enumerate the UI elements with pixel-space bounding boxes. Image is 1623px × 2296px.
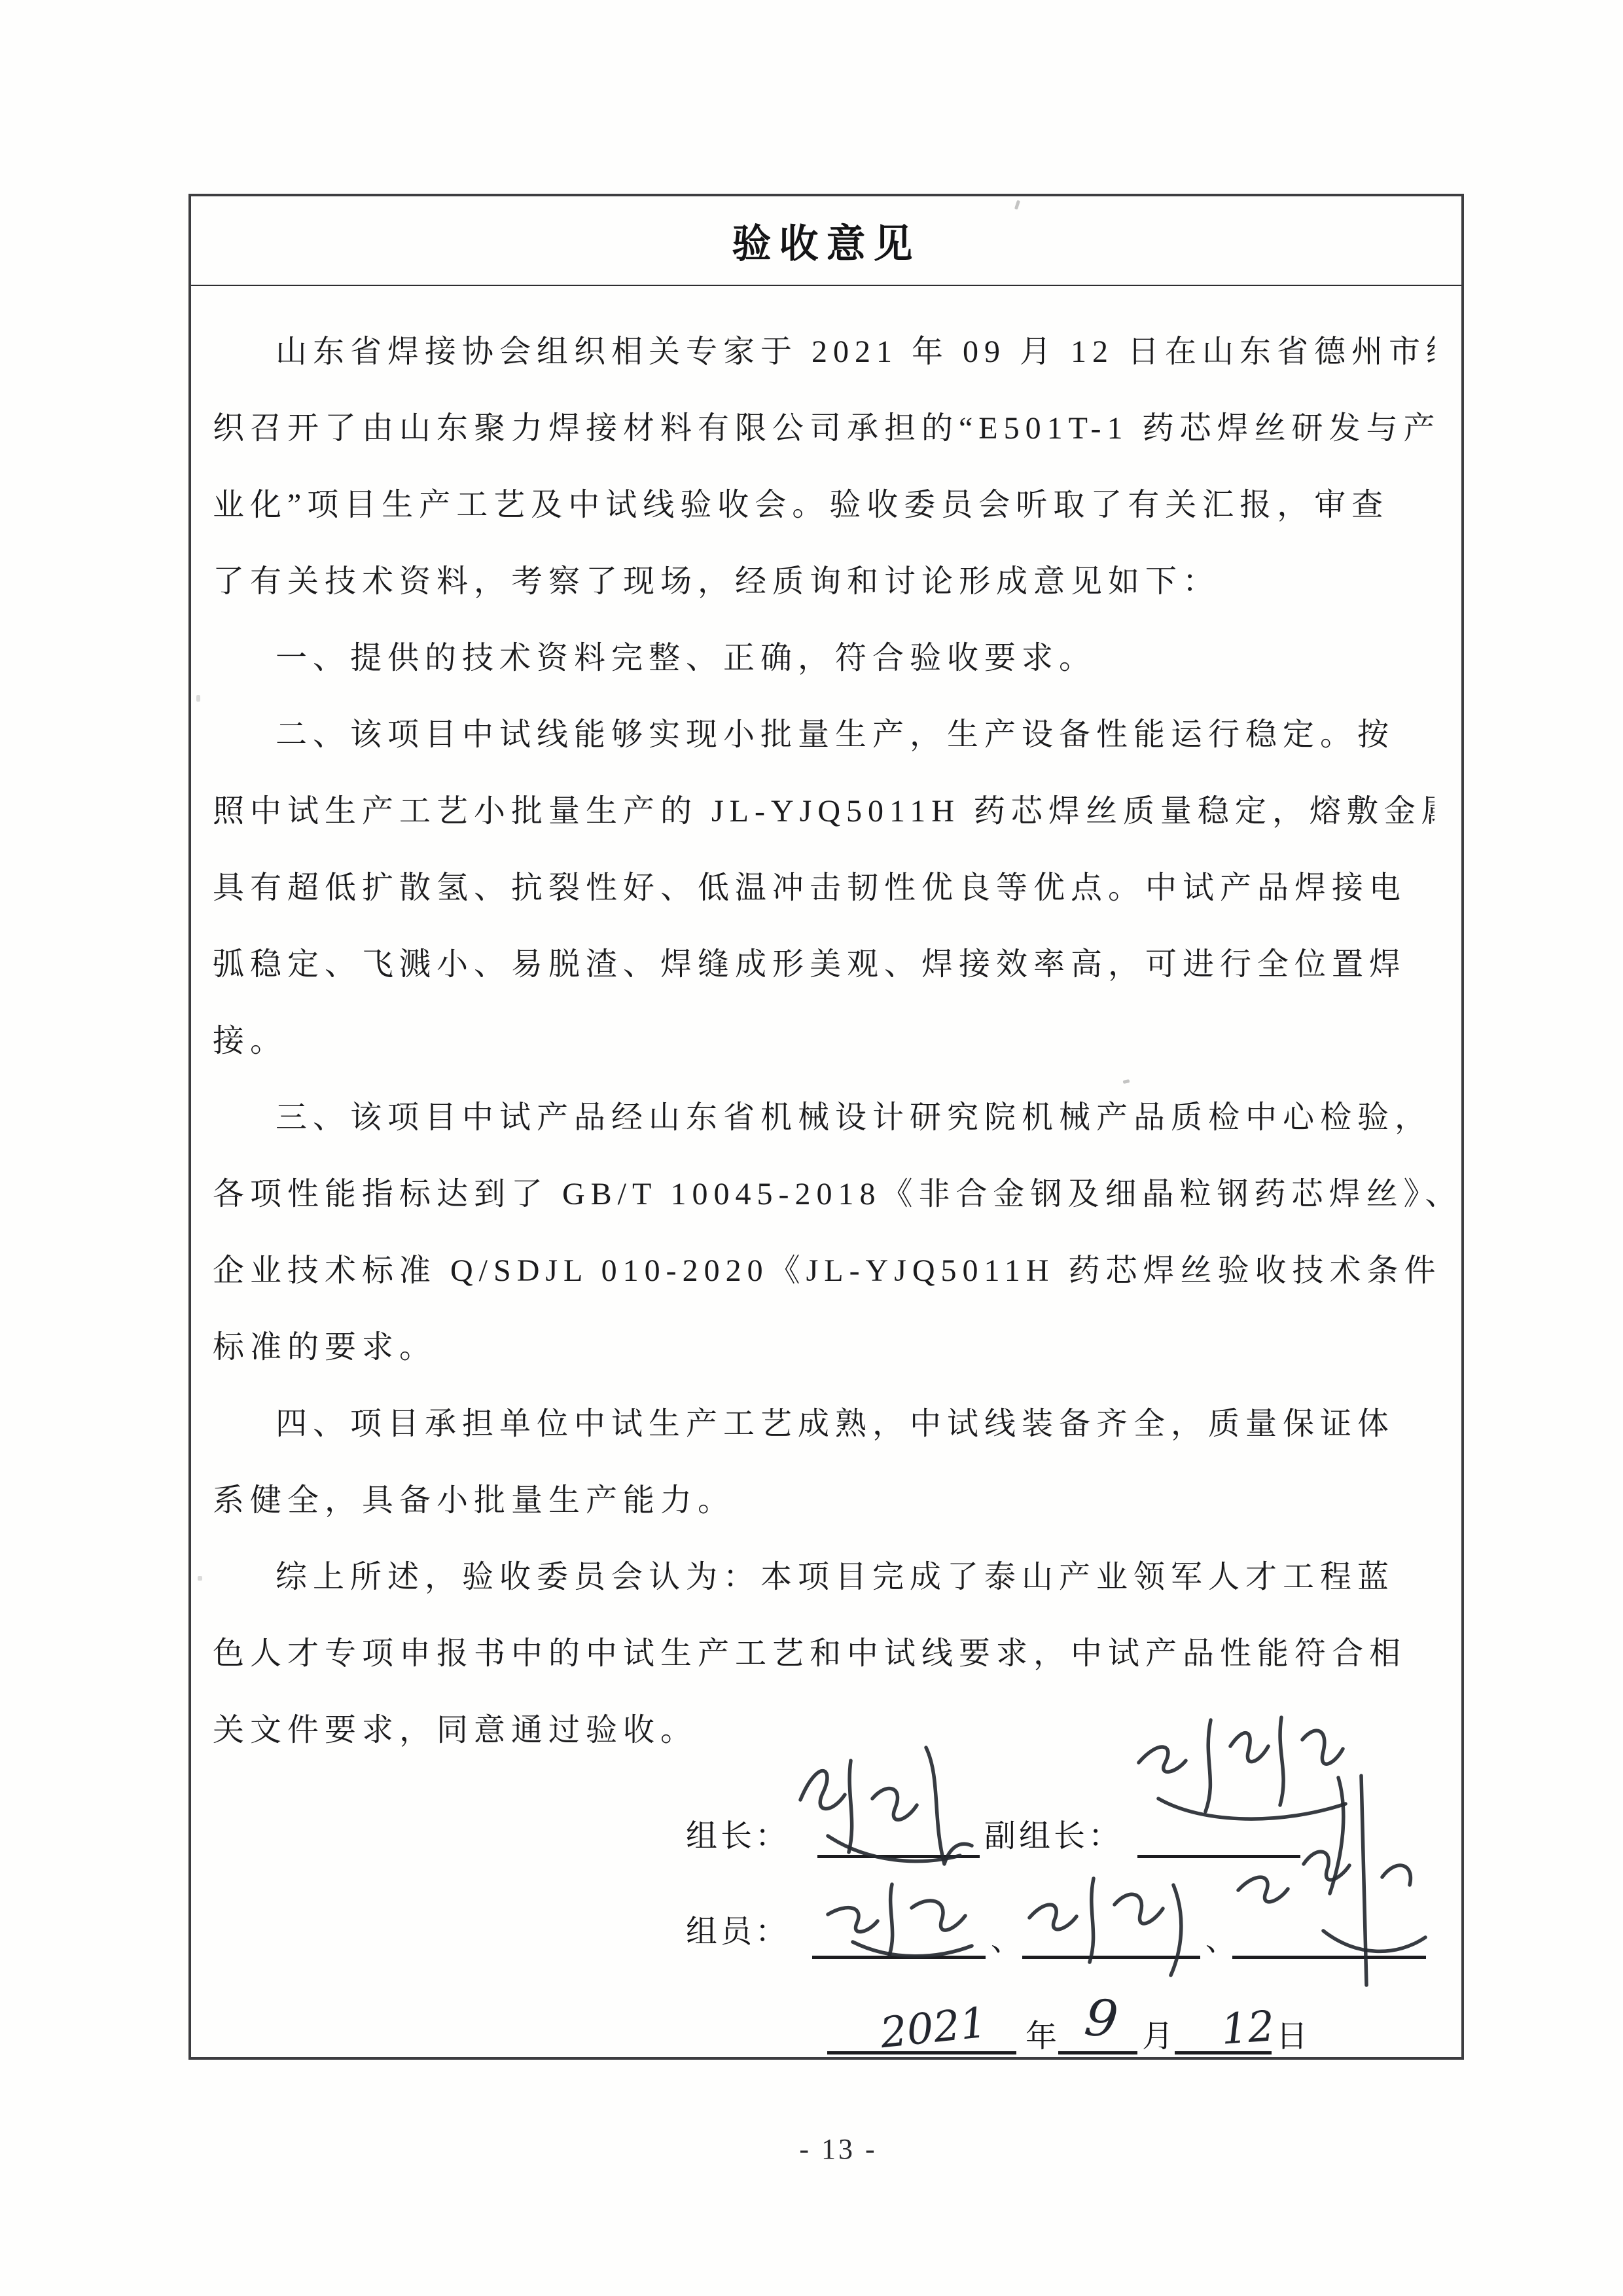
- handwritten-month: 9: [1082, 1988, 1121, 2050]
- leader-label: 组长：: [686, 1810, 790, 1856]
- body-line-12: 各项性能指标达到了 GB/T 10045-2018《非合金钢及细晶粒钢药芯焊丝》…: [213, 1156, 1435, 1232]
- body-line-7: 照中试生产工艺小批量生产的 JL-YJQ5011H 药芯焊丝质量稳定，熔敷金属: [213, 773, 1435, 850]
- handwritten-day: 12: [1220, 2002, 1276, 2054]
- leader-handwritten-signature: [789, 1721, 985, 1885]
- body-line-11: 三、该项目中试产品经山东省机械设计研究院机械产品质检中心检验，: [213, 1079, 1435, 1156]
- body-line-18: 色人才专项申报书中的中试生产工艺和中试线要求，中试产品性能符合相: [213, 1615, 1435, 1692]
- body-line-2: 织召开了由山东聚力焊接材料有限公司承担的“E501T-1 药芯焊丝研发与产: [213, 390, 1435, 467]
- document-body: 山东省焊接协会组织相关专家于 2021 年 09 月 12 日在山东省德州市组 …: [213, 287, 1435, 1768]
- scanned-document-page: 验收意见 山东省焊接协会组织相关专家于 2021 年 09 月 12 日在山东省…: [0, 0, 1623, 2296]
- body-line-4: 了有关技术资料，考察了现场，经质询和讨论形成意见如下：: [213, 543, 1435, 620]
- member-handwritten-signature-3: [1225, 1766, 1435, 2005]
- date-month-line: [1058, 2051, 1137, 2054]
- body-line-15: 四、项目承担单位中试生产工艺成熟，中试线装备齐全，质量保证体: [213, 1386, 1435, 1462]
- date-year-unit: 年: [1026, 2011, 1057, 2056]
- body-line-9: 弧稳定、飞溅小、易脱渣、焊缝成形美观、焊接效率高，可进行全位置焊: [213, 926, 1435, 1003]
- scan-speckle: [198, 1576, 202, 1581]
- body-line-17: 综上所述，验收委员会认为：本项目完成了泰山产业领军人才工程蓝: [213, 1539, 1435, 1615]
- date-day-unit: 日: [1276, 2011, 1308, 2056]
- body-line-1: 山东省焊接协会组织相关专家于 2021 年 09 月 12 日在山东省德州市组: [213, 314, 1435, 390]
- page-title: 验收意见: [732, 213, 921, 269]
- page-number: - 13 -: [750, 2132, 927, 2166]
- body-line-3: 业化”项目生产工艺及中试线验收会。验收委员会听取了有关汇报，审查: [213, 467, 1435, 543]
- body-line-5: 一、提供的技术资料完整、正确，符合验收要求。: [213, 620, 1435, 696]
- member-handwritten-signature-2: [1016, 1859, 1203, 1980]
- body-line-14: 标准的要求。: [213, 1309, 1435, 1386]
- body-line-6: 二、该项目中试线能够实现小批量生产，生产设备性能运行稳定。按: [213, 696, 1435, 773]
- scan-speckle: [196, 695, 200, 702]
- body-line-13: 企业技术标准 Q/SDJL 010-2020《JL-YJQ5011H 药芯焊丝验…: [213, 1232, 1435, 1309]
- body-line-10: 接。: [213, 1003, 1435, 1079]
- handwritten-year: 2021: [878, 1999, 990, 2058]
- body-line-8: 具有超低扩散氢、抗裂性好、低温冲击韧性优良等优点。中试产品焊接电: [213, 850, 1435, 926]
- date-month-unit: 月: [1142, 2011, 1173, 2056]
- deputy-leader-label: 副组长：: [984, 1810, 1123, 1856]
- members-label: 组员：: [686, 1906, 790, 1951]
- body-line-16: 系健全，具备小批量生产能力。: [213, 1462, 1435, 1539]
- title-section: 验收意见: [191, 196, 1461, 286]
- member-handwritten-signature-1: [813, 1869, 987, 1967]
